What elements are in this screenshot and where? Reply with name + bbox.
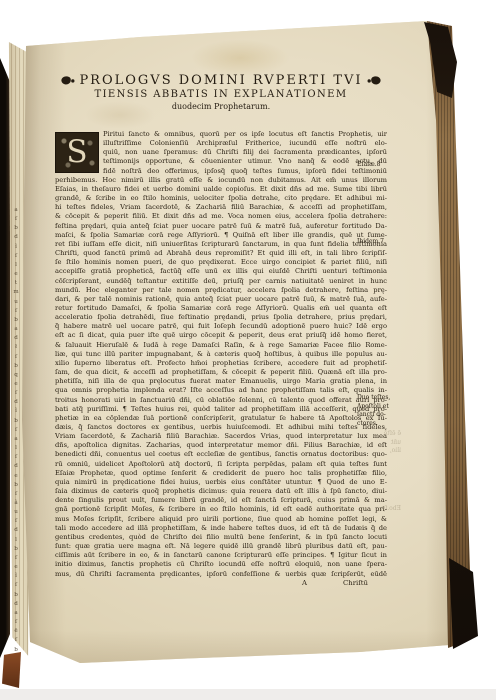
body-text-line: Vriam ſacerdotē, & Zachariā filiū Barach… [55, 432, 387, 441]
body-text-line: dñs, apoſtolica dignitas. Zacharias, quo… [55, 441, 387, 450]
body-text-line: tali modo accedere ad illā prophetiſſam,… [55, 524, 387, 533]
body-text-line: liæ, qui tunc illū pariter impugnabant, … [55, 350, 387, 359]
binding-foot-edge [2, 652, 22, 688]
body-text-line: rū omniū, uidelicet Apoſtolorū atq̃ doct… [55, 460, 387, 469]
body-text-line: Eſaias, in theſauro fidei et uerbo domin… [55, 185, 387, 194]
body-text-line: troitus honorati uiri in ſanctuariū dñi,… [55, 396, 387, 405]
body-text-block: S Piritui ſancto & omnibus, quorū per os… [55, 130, 387, 589]
body-text-line: ſunt: quæ gratia uere magna eſt. Nā lege… [55, 542, 387, 551]
body-text-line: ſam, de qua dicit, & acceſſi ad propheti… [55, 368, 387, 377]
body-lines: Piritui ſancto & omnibus, quorū per os i… [55, 130, 387, 579]
body-text-line: fidē noſtrā deo offerimus, ipſosq̃ quoq̃… [103, 167, 387, 176]
body-text-line: benedicti dñi, conuentus uel coetus eſt … [55, 450, 387, 459]
fleuron-leaf-icon [60, 75, 75, 86]
body-text-line: perhibemus. Hoc nimirū illis gratū eſſe … [55, 176, 387, 185]
margin-note-ibidem-7: Ibidem.7 [357, 238, 401, 247]
bottom-edge-shadow [30, 630, 450, 664]
ink-bleed-through: Ēbo.ſy. [357, 505, 401, 514]
margin-note-esaiae-8: Eſaiæ.8 [357, 161, 401, 170]
previous-page-text-fragments: a ſ b d ĩ ſ l e t m u ſ b a d ł ſ b q e … [9, 206, 23, 655]
body-text-line: grandē, & ſcribe in eo ſtilo hominis, ue… [55, 194, 387, 203]
catchword: Chriſtū [343, 579, 368, 587]
body-text-line: qua omnis prophetia implenda erat? Iſte … [55, 386, 387, 395]
body-text-line: q̃ habere matrē uel uocare patrē, qui fu… [55, 322, 387, 331]
body-text-line: Eſaiæ Prophetæ, quod optime ſenſerit & c… [55, 469, 387, 478]
body-text-line: Piritui ſancto & omnibus, quorū per os i… [103, 130, 387, 139]
body-text-line: bati atq̃ puriſſimi. ¶ Teſtes huius rei,… [55, 405, 387, 414]
body-text-line: dæis, q̃ ſanctos doctores ex gentibus, u… [55, 423, 387, 432]
body-text-line: teſtimonijs opportune, & cōuenienter uti… [103, 157, 387, 166]
body-text-line: ciſſimis aūt ſcribere in eo, & in ſancta… [55, 551, 387, 560]
body-text-line: acceleratio ſpolia detrahēdi, ſiue feſti… [55, 313, 387, 322]
body-text-line: dente ſingulis prout uult, ſumere librū … [55, 496, 387, 505]
body-text-line: retur fortitudo Damaſci, & ſpolia Samari… [55, 304, 387, 313]
signature-mark: A [302, 579, 307, 587]
fleuron-leaf-icon [367, 75, 382, 86]
body-text-line: hi teſtes fideles, Vriam ſacerdotē, & Za… [55, 203, 387, 212]
body-text-line: quiū, non uane ſperamus: dū Chriſti fili… [103, 148, 387, 157]
body-text-line: quia nimirū in prędicatione fidei huius,… [55, 478, 387, 487]
title-text-1: PROLOGVS DOMINI RVPERTI TVI [79, 73, 362, 88]
body-text-line: mundū. Hoc eleganter per tale nomen pręd… [55, 286, 387, 295]
body-text-line: gnā portionē ſcripſit Moſes, & ſcribere … [55, 505, 387, 514]
body-text-line: accepiſſe gratiā propheticā, factūq̃ eſſ… [55, 267, 387, 276]
body-text-line: mus, dū Chriſti ſacramenta prędicantes, … [55, 570, 387, 579]
title-line-2: TIENSIS ABBATIS IN EXPLANATIONEM [55, 89, 387, 100]
body-text-line: feſtina prędari, quia anteq̃ ſciat puer … [55, 222, 387, 231]
body-text-line: illuſtriſſime Colonienſiū Archipræſul Fr… [103, 139, 387, 148]
body-text-line: Chriſti, quod ſanctū primū ad Abrahā deu… [55, 249, 387, 258]
body-text-line: initio diximus, ſanctis prophetis cū Chr… [55, 560, 387, 569]
body-text-line: & cōcepit & peperit filiū. Et dixit dñs … [55, 212, 387, 221]
body-text-line: maſci, & ſpolia Samariæ corā rege Aſſyri… [55, 231, 387, 240]
body-text-line: dari, & per talē nominis rationē, quia a… [55, 295, 387, 304]
margin-note-duo-testes: Duo teſtes, Apoſtoli et ſancti do- ctore… [357, 394, 401, 429]
title-block: PROLOGVS DOMINI RVPERTI TVI TIENSIS ABBA… [55, 73, 387, 111]
body-text-line: eſt ac ſi dicat, quia puer iſte quē uirg… [55, 331, 387, 340]
body-text-line: ret ſibi iuſſam eſſe dicit, niſi uniuerſ… [55, 240, 387, 249]
title-line-1: PROLOGVS DOMINI RVPERTI TVI [55, 73, 387, 88]
title-line-3: duodecim Prophetarum. [55, 102, 387, 111]
signature-line: A Chriſtū [55, 579, 387, 589]
ink-bleed-through: ē ēſtē un̄t ilio, [357, 430, 401, 456]
body-text-line: cōſcripſerant, eundēq̃ teſtantur extitiſ… [55, 277, 387, 286]
body-text-line: ſe ſtilo hominis nomen pueri, de quo prę… [55, 258, 387, 267]
photo-of-antique-book: a ſ b d ĩ ſ l e t m u ſ b a d ł ſ b q e … [0, 0, 496, 700]
body-text-line: mus Moſes ſcripſit, ſcribere aliquid pro… [55, 515, 387, 524]
body-text-line: phetiæ in ea cōplendæ ſuā portionē conſc… [55, 414, 387, 423]
photo-bottom-strip [0, 689, 496, 700]
body-text-line: gentibus credentes, quòd de Chriſto dei … [55, 533, 387, 542]
body-text-line: & ſaluauit Hieruſalē & Iudā à rege Damaſ… [55, 341, 387, 350]
body-text-line: xilio ſuperno liberatus eſt. Profecto hm… [55, 359, 387, 368]
book-page: PROLOGVS DOMINI RVPERTI TVI TIENSIS ABBA… [0, 0, 496, 700]
woodcut-initial-S: S [55, 132, 99, 173]
body-text-line: phetiſſa, niſi illa de qua pręlocutus fu… [55, 377, 387, 386]
body-text-line: ſaia diximus de cæteris quoq̃ prophetis … [55, 487, 387, 496]
